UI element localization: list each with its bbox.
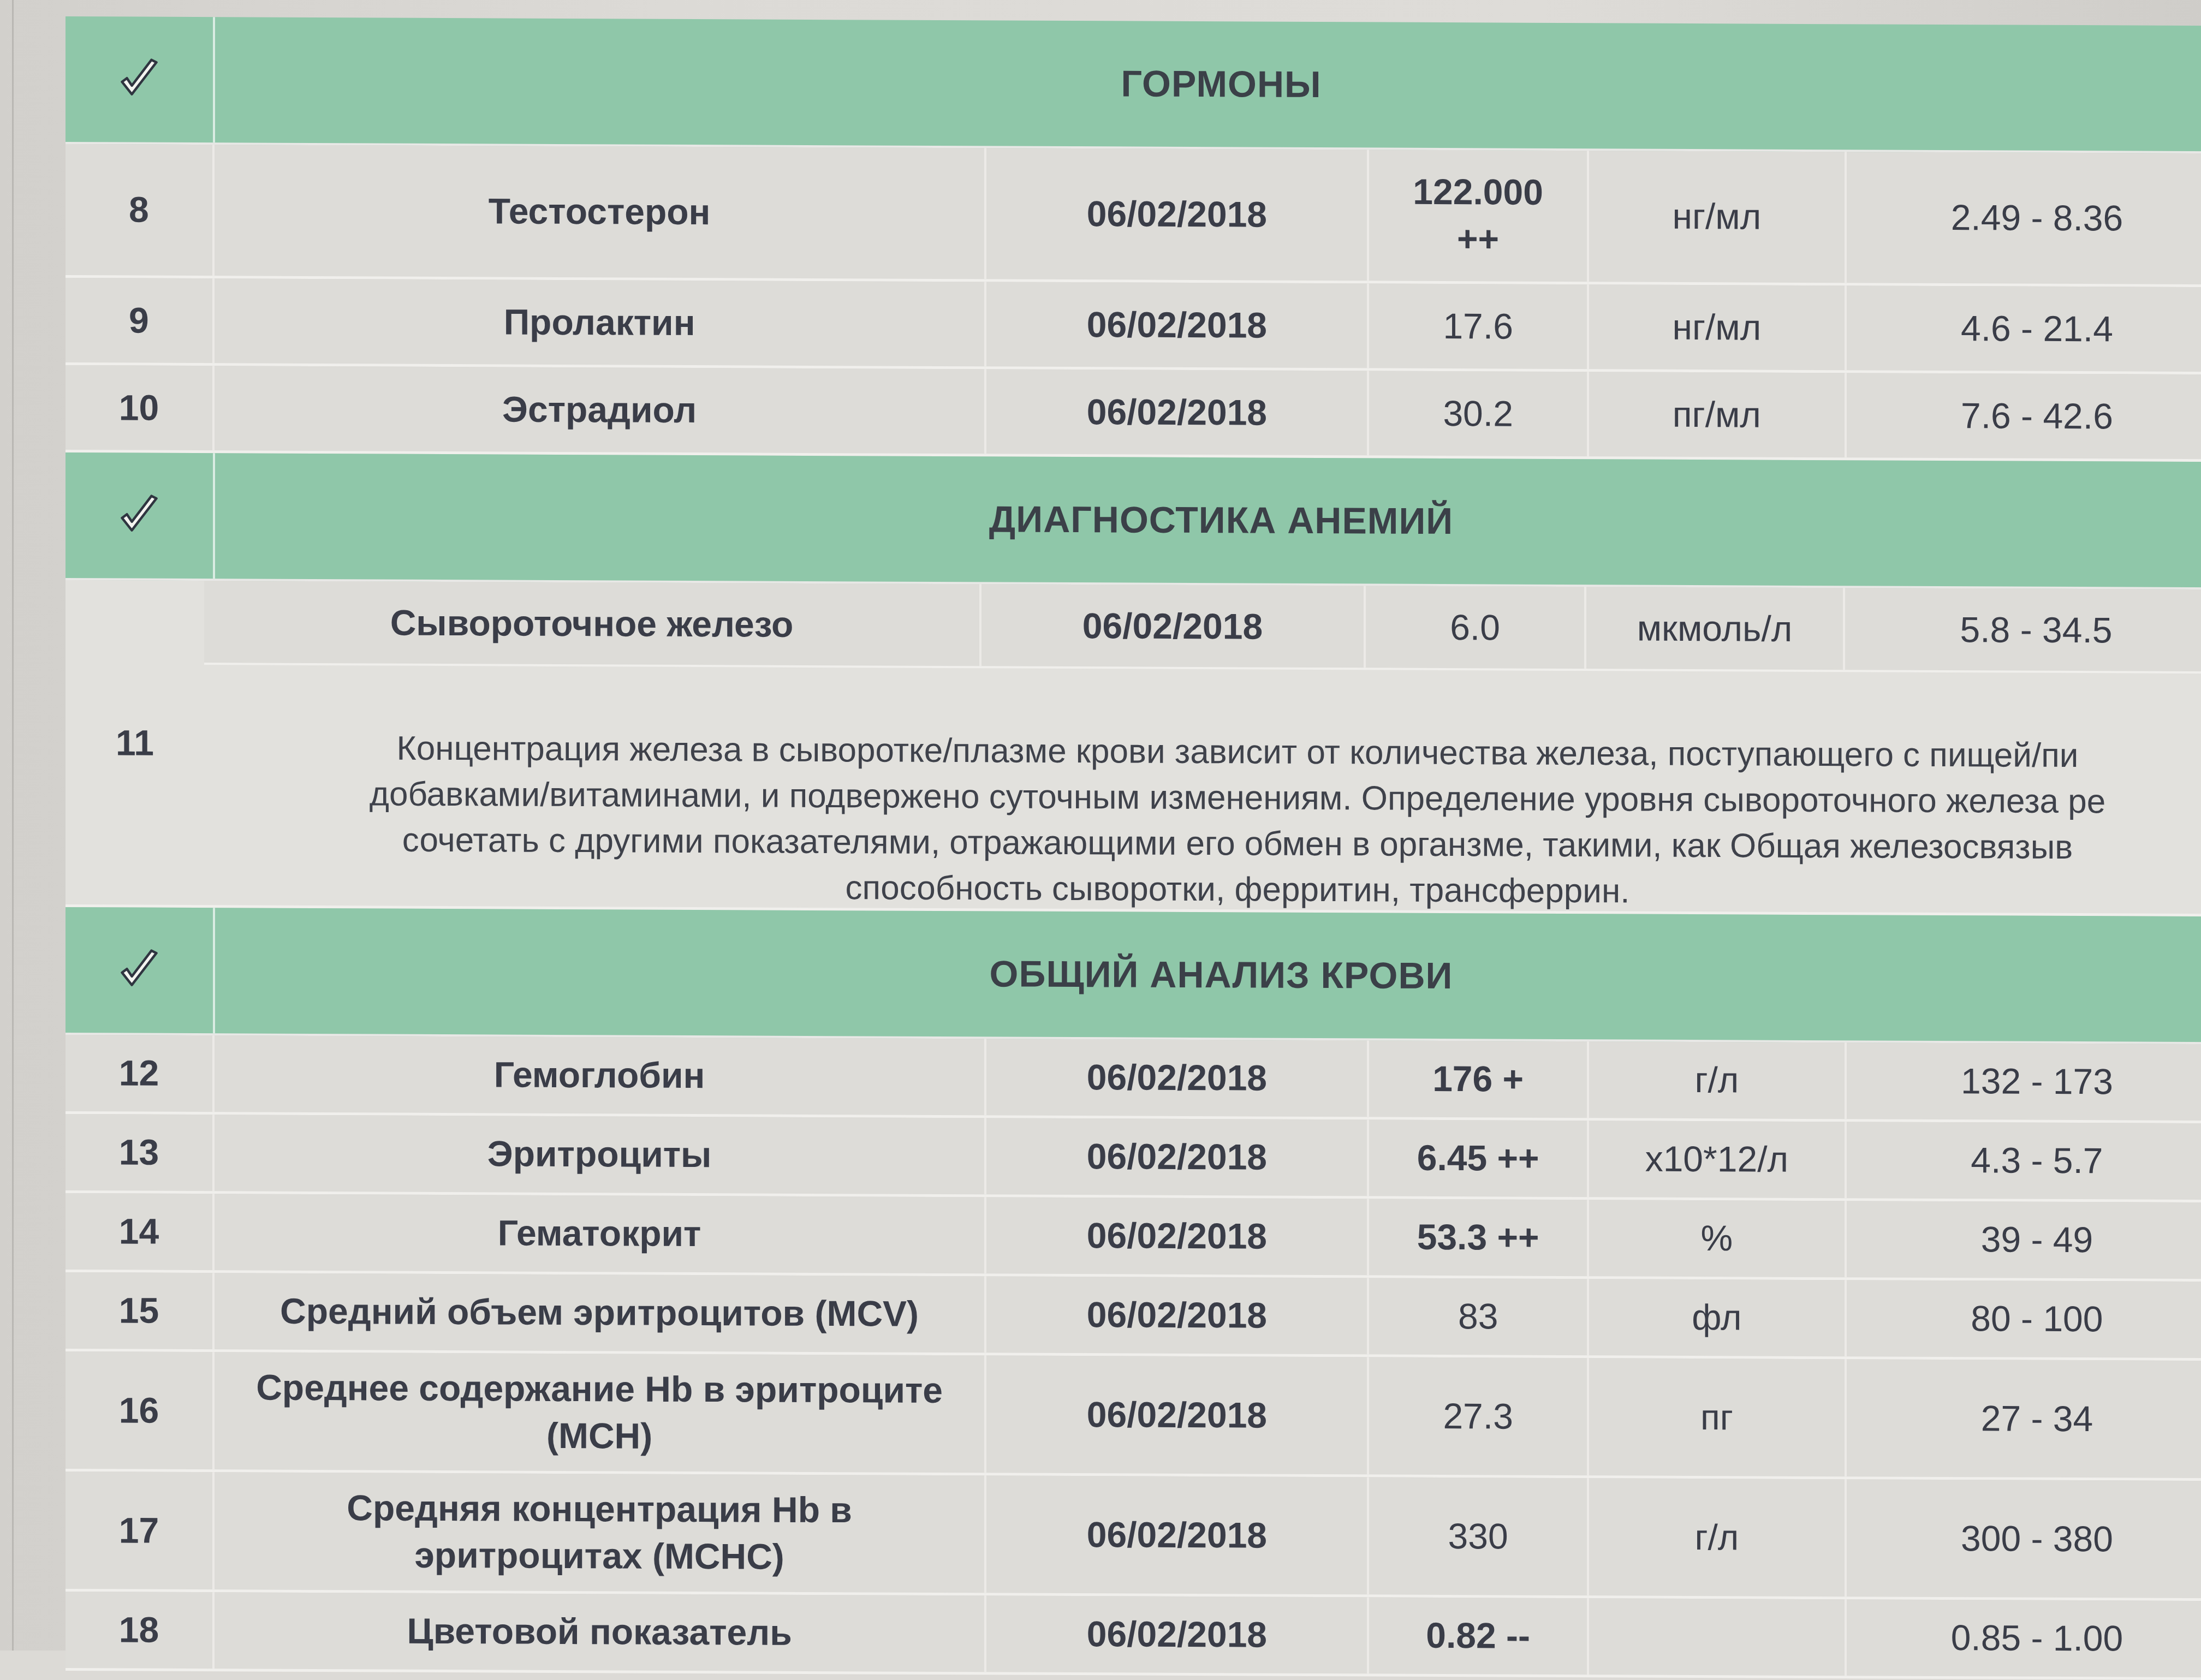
test-unit: мкмоль/л: [1586, 587, 1845, 670]
page-edge-line: [12, 0, 14, 1651]
test-name: Средняя концентрация Hb в эритроцитах (M…: [215, 1472, 986, 1593]
test-name: Среднее содержание Hb в эритроците (MCH): [215, 1352, 986, 1473]
test-value: 0.82 --: [1369, 1597, 1589, 1651]
test-unit: %: [1589, 1200, 1847, 1277]
test-name: Гематокрит: [215, 1194, 986, 1273]
test-name: Гемоглобин: [215, 1035, 986, 1115]
test-name: Тестостерон: [215, 145, 986, 279]
test-value: 53.3 ++: [1369, 1199, 1589, 1276]
row-number: 10: [66, 365, 215, 450]
test-date: 06/02/2018: [986, 1039, 1369, 1117]
table-row: 16 Среднее содержание Hb в эритроците (M…: [66, 1351, 2201, 1481]
test-value: 17.6: [1369, 283, 1589, 369]
test-value: 6.0: [1366, 586, 1586, 669]
test-date: 06/02/2018: [986, 1355, 1369, 1474]
test-name: Цветовой показатель: [215, 1592, 986, 1651]
row-number: 18: [66, 1592, 215, 1651]
test-value: 27.3: [1369, 1357, 1589, 1475]
reference-range: 2.49 - 8.36: [1847, 152, 2201, 284]
test-comment: Концентрация железа в сыворотке/плазме к…: [204, 665, 2201, 914]
note-values-row: Сывороточное железо 06/02/2018 6.0 мкмол…: [204, 581, 2201, 674]
reference-range: 132 - 173: [1847, 1042, 2201, 1121]
row-number: 15: [66, 1272, 215, 1349]
section-header-hormones: ГОРМОНЫ: [66, 16, 2201, 153]
row-number: 12: [66, 1035, 215, 1112]
table-row: 17 Средняя концентрация Hb в эритроцитах…: [66, 1472, 2201, 1601]
test-value: 83: [1369, 1278, 1589, 1355]
reference-range: 300 - 380: [1847, 1479, 2201, 1598]
test-unit: нг/мл: [1589, 284, 1847, 370]
test-name: Средний объем эритроцитов (MCV): [215, 1273, 986, 1353]
test-value: 122.000 ++: [1369, 150, 1589, 282]
test-name: Сывороточное железо: [204, 581, 981, 666]
test-value: 30.2: [1369, 371, 1589, 456]
test-value: 330: [1369, 1477, 1589, 1595]
test-unit: г/л: [1589, 1041, 1847, 1119]
reference-range: 5.8 - 34.5: [1845, 588, 2201, 671]
check-icon: [115, 55, 164, 104]
test-date: 06/02/2018: [986, 148, 1369, 281]
test-date: 06/02/2018: [986, 1197, 1369, 1275]
test-name: Эстрадиол: [215, 366, 986, 454]
table-row: 10 Эстрадиол 06/02/2018 30.2 пг/мл 7.6 -…: [66, 365, 2201, 462]
reference-range: 27 - 34: [1847, 1359, 2201, 1478]
test-date: 06/02/2018: [986, 369, 1369, 455]
row-number: 13: [66, 1114, 215, 1191]
test-value: 176 +: [1369, 1040, 1589, 1118]
reference-range: 4.6 - 21.4: [1847, 285, 2201, 372]
table-row: 14 Гематокрит 06/02/2018 53.3 ++ % 39 - …: [66, 1193, 2201, 1282]
section-header-anemia: ДИАГНОСТИКА АНЕМИЙ: [66, 452, 2201, 589]
row-number: 14: [66, 1193, 215, 1270]
row-number: 8: [66, 144, 215, 276]
test-date: 06/02/2018: [986, 1595, 1369, 1651]
row-number: 9: [66, 278, 215, 363]
test-unit: [1589, 1598, 1847, 1651]
section-check-cell[interactable]: [66, 16, 215, 142]
table-row: 15 Средний объем эритроцитов (MCV) 06/02…: [66, 1272, 2201, 1361]
table-row-with-note: 11 Сывороточное железо 06/02/2018 6.0 мк…: [66, 580, 2201, 916]
test-unit: пг/мл: [1589, 372, 1847, 457]
table-row: 13 Эритроциты 06/02/2018 6.45 ++ x10*12/…: [66, 1114, 2201, 1202]
test-unit: фл: [1589, 1279, 1847, 1356]
row-number: 17: [66, 1472, 215, 1589]
section-check-cell[interactable]: [66, 907, 215, 1033]
screen-photo: ГОРМОНЫ 8 Тестостерон 06/02/2018 122.000…: [0, 0, 2201, 1651]
row-number: 11: [66, 580, 204, 905]
check-icon: [115, 491, 164, 540]
test-unit: нг/мл: [1589, 151, 1847, 283]
test-value: 6.45 ++: [1369, 1119, 1589, 1197]
test-unit: x10*12/л: [1589, 1121, 1847, 1198]
section-header-cbc: ОБЩИЙ АНАЛИЗ КРОВИ: [66, 907, 2201, 1044]
table-row: 8 Тестостерон 06/02/2018 122.000 ++ нг/м…: [66, 144, 2201, 287]
table-row: 12 Гемоглобин 06/02/2018 176 + г/л 132 -…: [66, 1035, 2201, 1123]
test-date: 06/02/2018: [981, 584, 1366, 668]
reference-range: 7.6 - 42.6: [1847, 373, 2201, 459]
section-title: ДИАГНОСТИКА АНЕМИЙ: [215, 453, 2201, 587]
section-title: ГОРМОНЫ: [215, 17, 2201, 151]
reference-range: 0.85 - 1.00: [1847, 1599, 2201, 1651]
reference-range: 4.3 - 5.7: [1847, 1122, 2201, 1200]
test-date: 06/02/2018: [986, 1276, 1369, 1354]
test-unit: пг: [1589, 1358, 1847, 1476]
test-date: 06/02/2018: [986, 1475, 1369, 1594]
test-date: 06/02/2018: [986, 282, 1369, 368]
test-date: 06/02/2018: [986, 1118, 1369, 1196]
test-name: Эритроциты: [215, 1115, 986, 1194]
reference-range: 80 - 100: [1847, 1280, 2201, 1358]
lab-results-table: ГОРМОНЫ 8 Тестостерон 06/02/2018 122.000…: [66, 16, 2201, 1651]
row-number: 16: [66, 1351, 215, 1469]
section-check-cell[interactable]: [66, 452, 215, 579]
test-name: Пролактин: [215, 278, 986, 366]
test-unit: г/л: [1589, 1478, 1847, 1596]
section-title: ОБЩИЙ АНАЛИЗ КРОВИ: [215, 908, 2201, 1042]
reference-range: 39 - 49: [1847, 1201, 2201, 1279]
check-icon: [115, 945, 164, 994]
table-row: 18 Цветовой показатель 06/02/2018 0.82 -…: [66, 1592, 2201, 1651]
table-row: 9 Пролактин 06/02/2018 17.6 нг/мл 4.6 - …: [66, 278, 2201, 374]
